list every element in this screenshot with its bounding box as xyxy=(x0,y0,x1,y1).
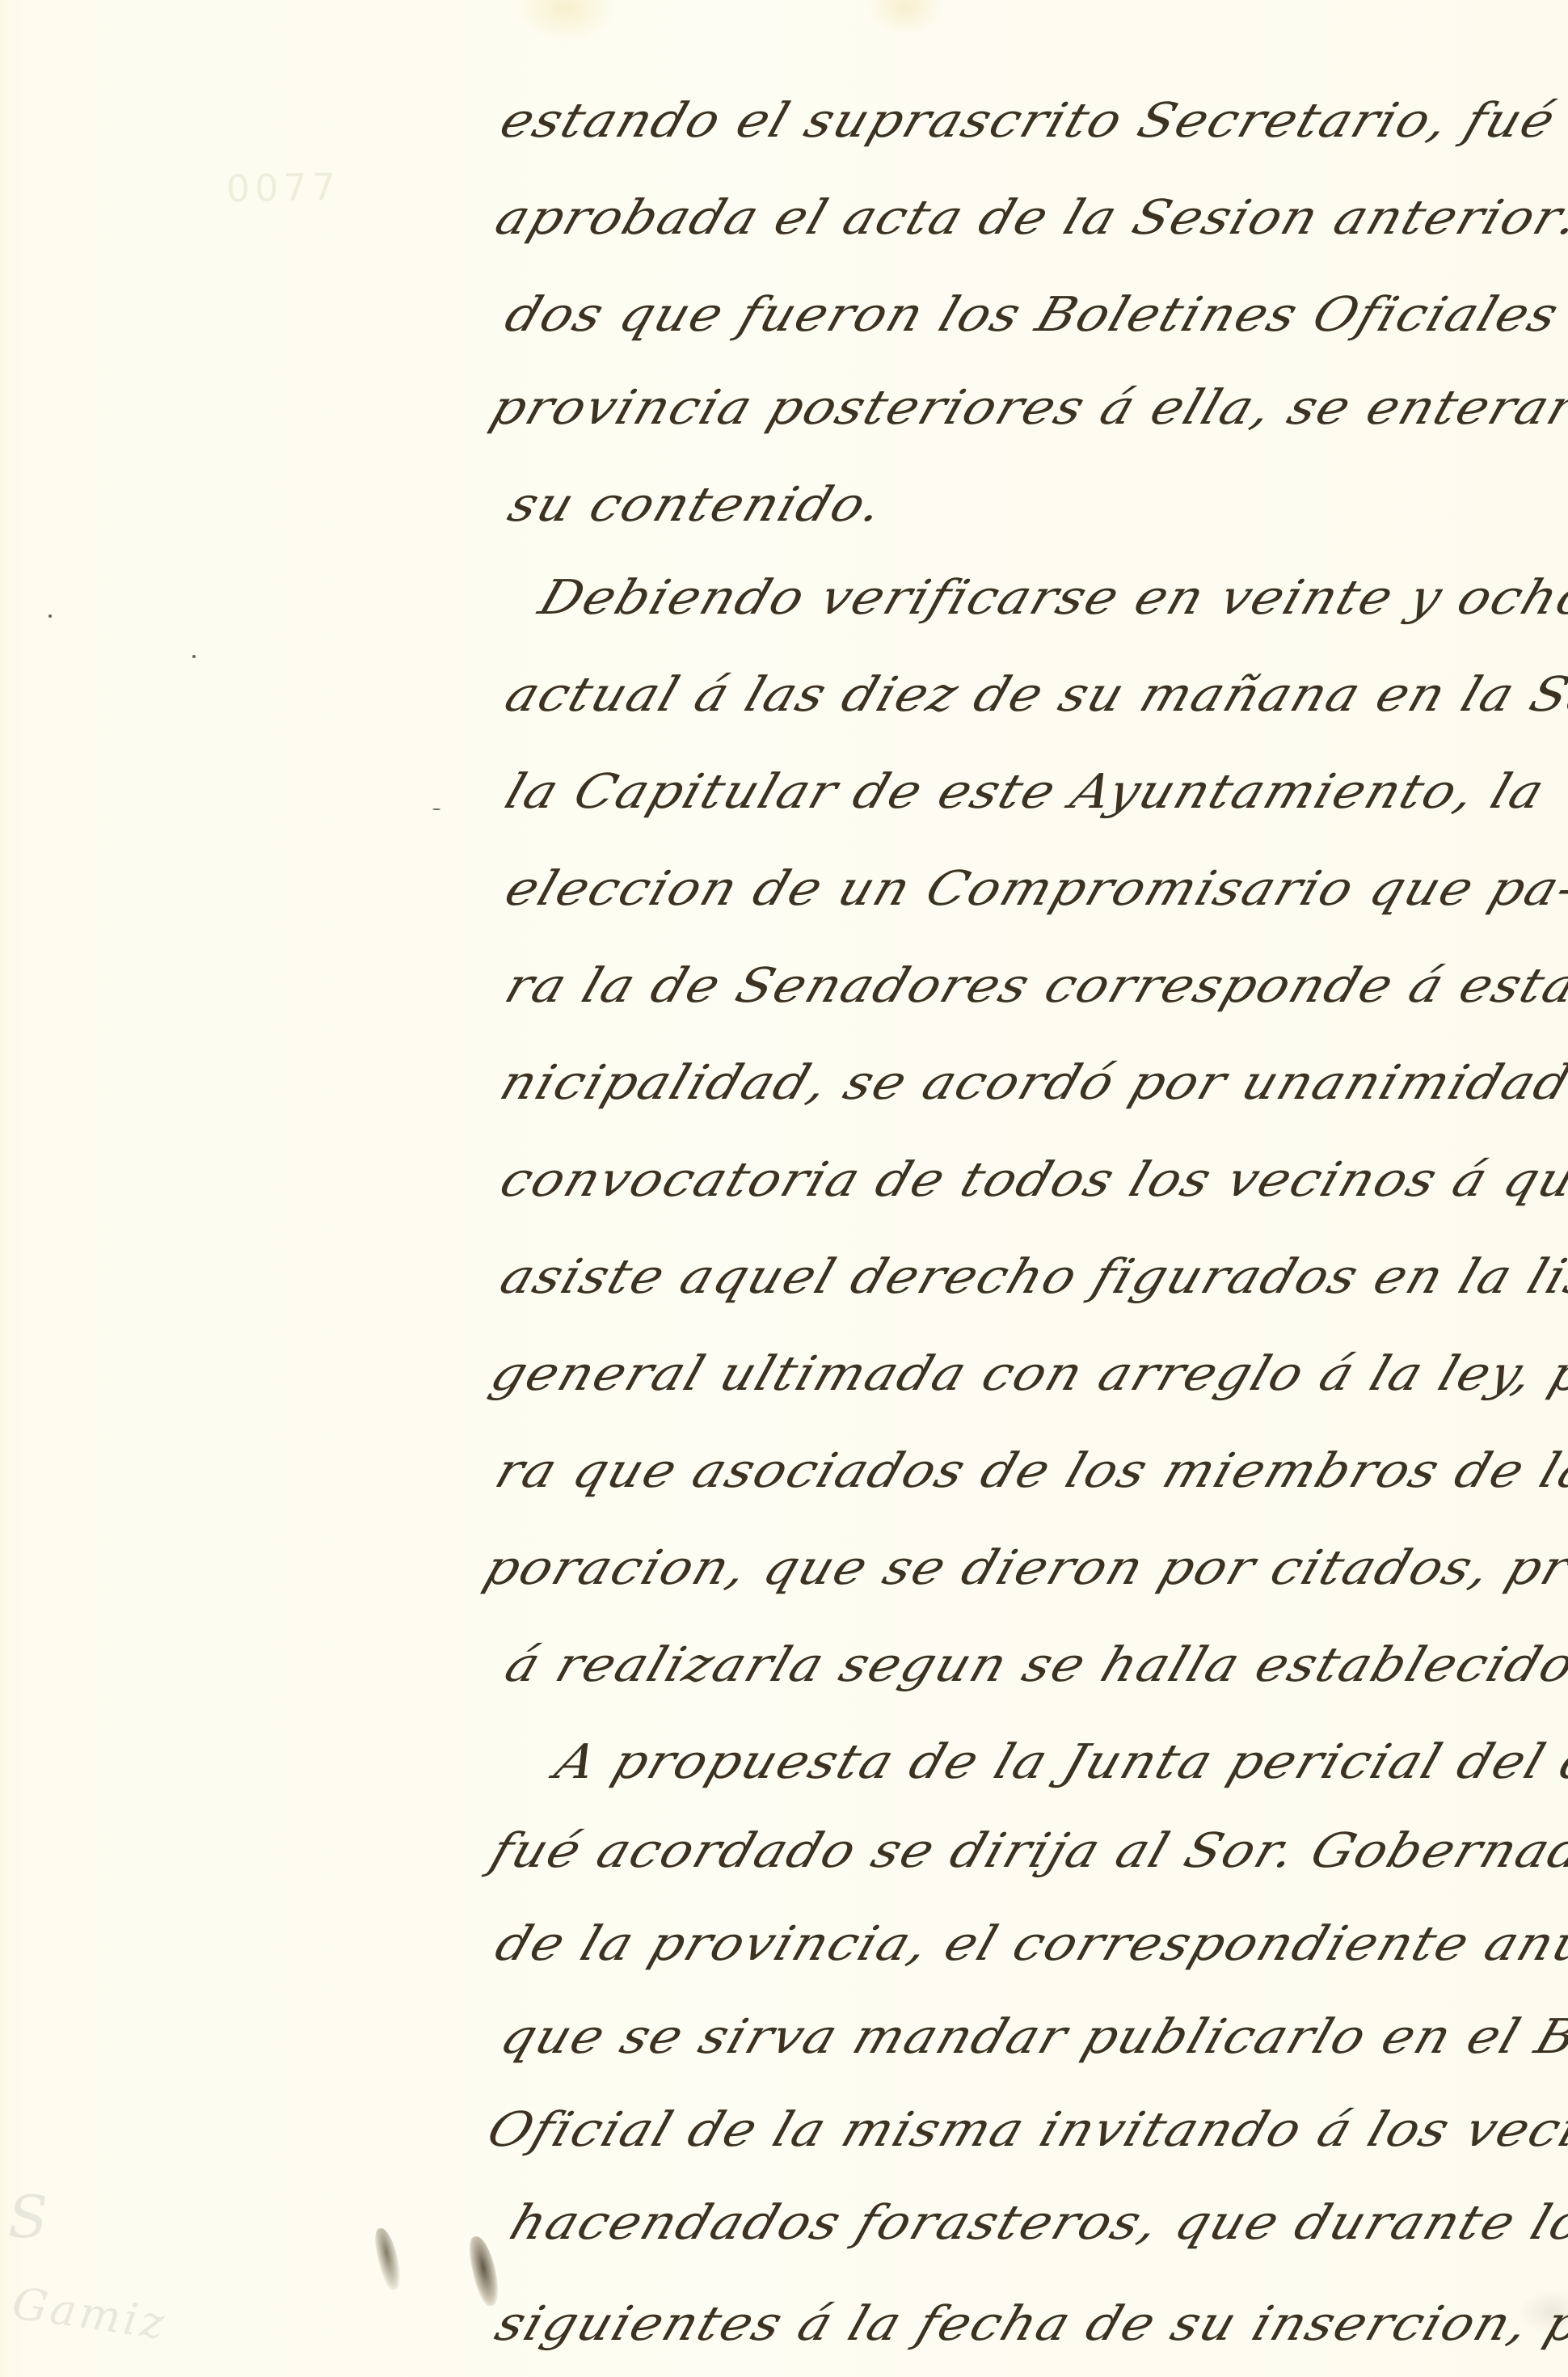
manuscript-line: ra la de Senadores corresponde á esta mu… xyxy=(499,962,1568,1010)
manuscript-line: Debiendo verificarse en veinte y ocho de… xyxy=(533,574,1568,622)
manuscript-line: general ultimada con arreglo á la ley, p… xyxy=(485,1350,1568,1398)
manuscript-line: la Capitular de este Ayuntamiento, la xyxy=(499,768,1551,816)
manuscript-line: A propuesta de la Junta pericial del dis… xyxy=(550,1738,1568,1786)
manuscript-line: nicipalidad, se acordó por unanimidad la xyxy=(495,1059,1568,1107)
manuscript-line: provincia posteriores á ella, se enterar… xyxy=(485,384,1568,432)
manuscript-line: Oficial de la misma invitando á los veci… xyxy=(482,2106,1568,2154)
manuscript-line: asiste aquel derecho figurados en la lis… xyxy=(495,1253,1568,1301)
manuscript-line: actual á las diez de su mañana en la Sa- xyxy=(499,671,1568,719)
manuscript-line: dos que fueron los Boletines Oficiales d… xyxy=(499,291,1568,339)
manuscript-line: hacendados forasteros, que durante los q… xyxy=(504,2199,1568,2247)
manuscript-line: fué acordado se dirija al Sor. Gobernado… xyxy=(485,1827,1568,1875)
manuscript-line: aprobada el acta de la Sesion anterior: … xyxy=(490,194,1568,242)
manuscript-line: poracion, que se dieron por citados, pro… xyxy=(478,1544,1568,1592)
manuscript-page: 0077 S Gamiz estando el suprascrito Secr… xyxy=(0,0,1568,2377)
manuscript-text: estando el suprascrito Secretario, fué l… xyxy=(0,0,1568,2377)
manuscript-line: que se sirva mandar publicarlo en el Bol… xyxy=(495,2013,1568,2061)
manuscript-line: convocatoria de todos los vecinos á quie… xyxy=(495,1156,1568,1204)
manuscript-line: de la provincia, el correspondiente anun… xyxy=(490,1920,1568,1968)
manuscript-line: ra que asociados de los miembros de la C… xyxy=(490,1447,1568,1495)
manuscript-line: eleccion de un Compromisario que pa- xyxy=(499,865,1568,913)
manuscript-line: siguientes á la fecha de su insercion, p… xyxy=(490,2300,1568,2348)
manuscript-line: á realizarla segun se halla establecido. xyxy=(499,1641,1568,1689)
manuscript-line: su contenido. xyxy=(503,481,890,529)
manuscript-line: estando el suprascrito Secretario, fué l… xyxy=(495,97,1568,145)
